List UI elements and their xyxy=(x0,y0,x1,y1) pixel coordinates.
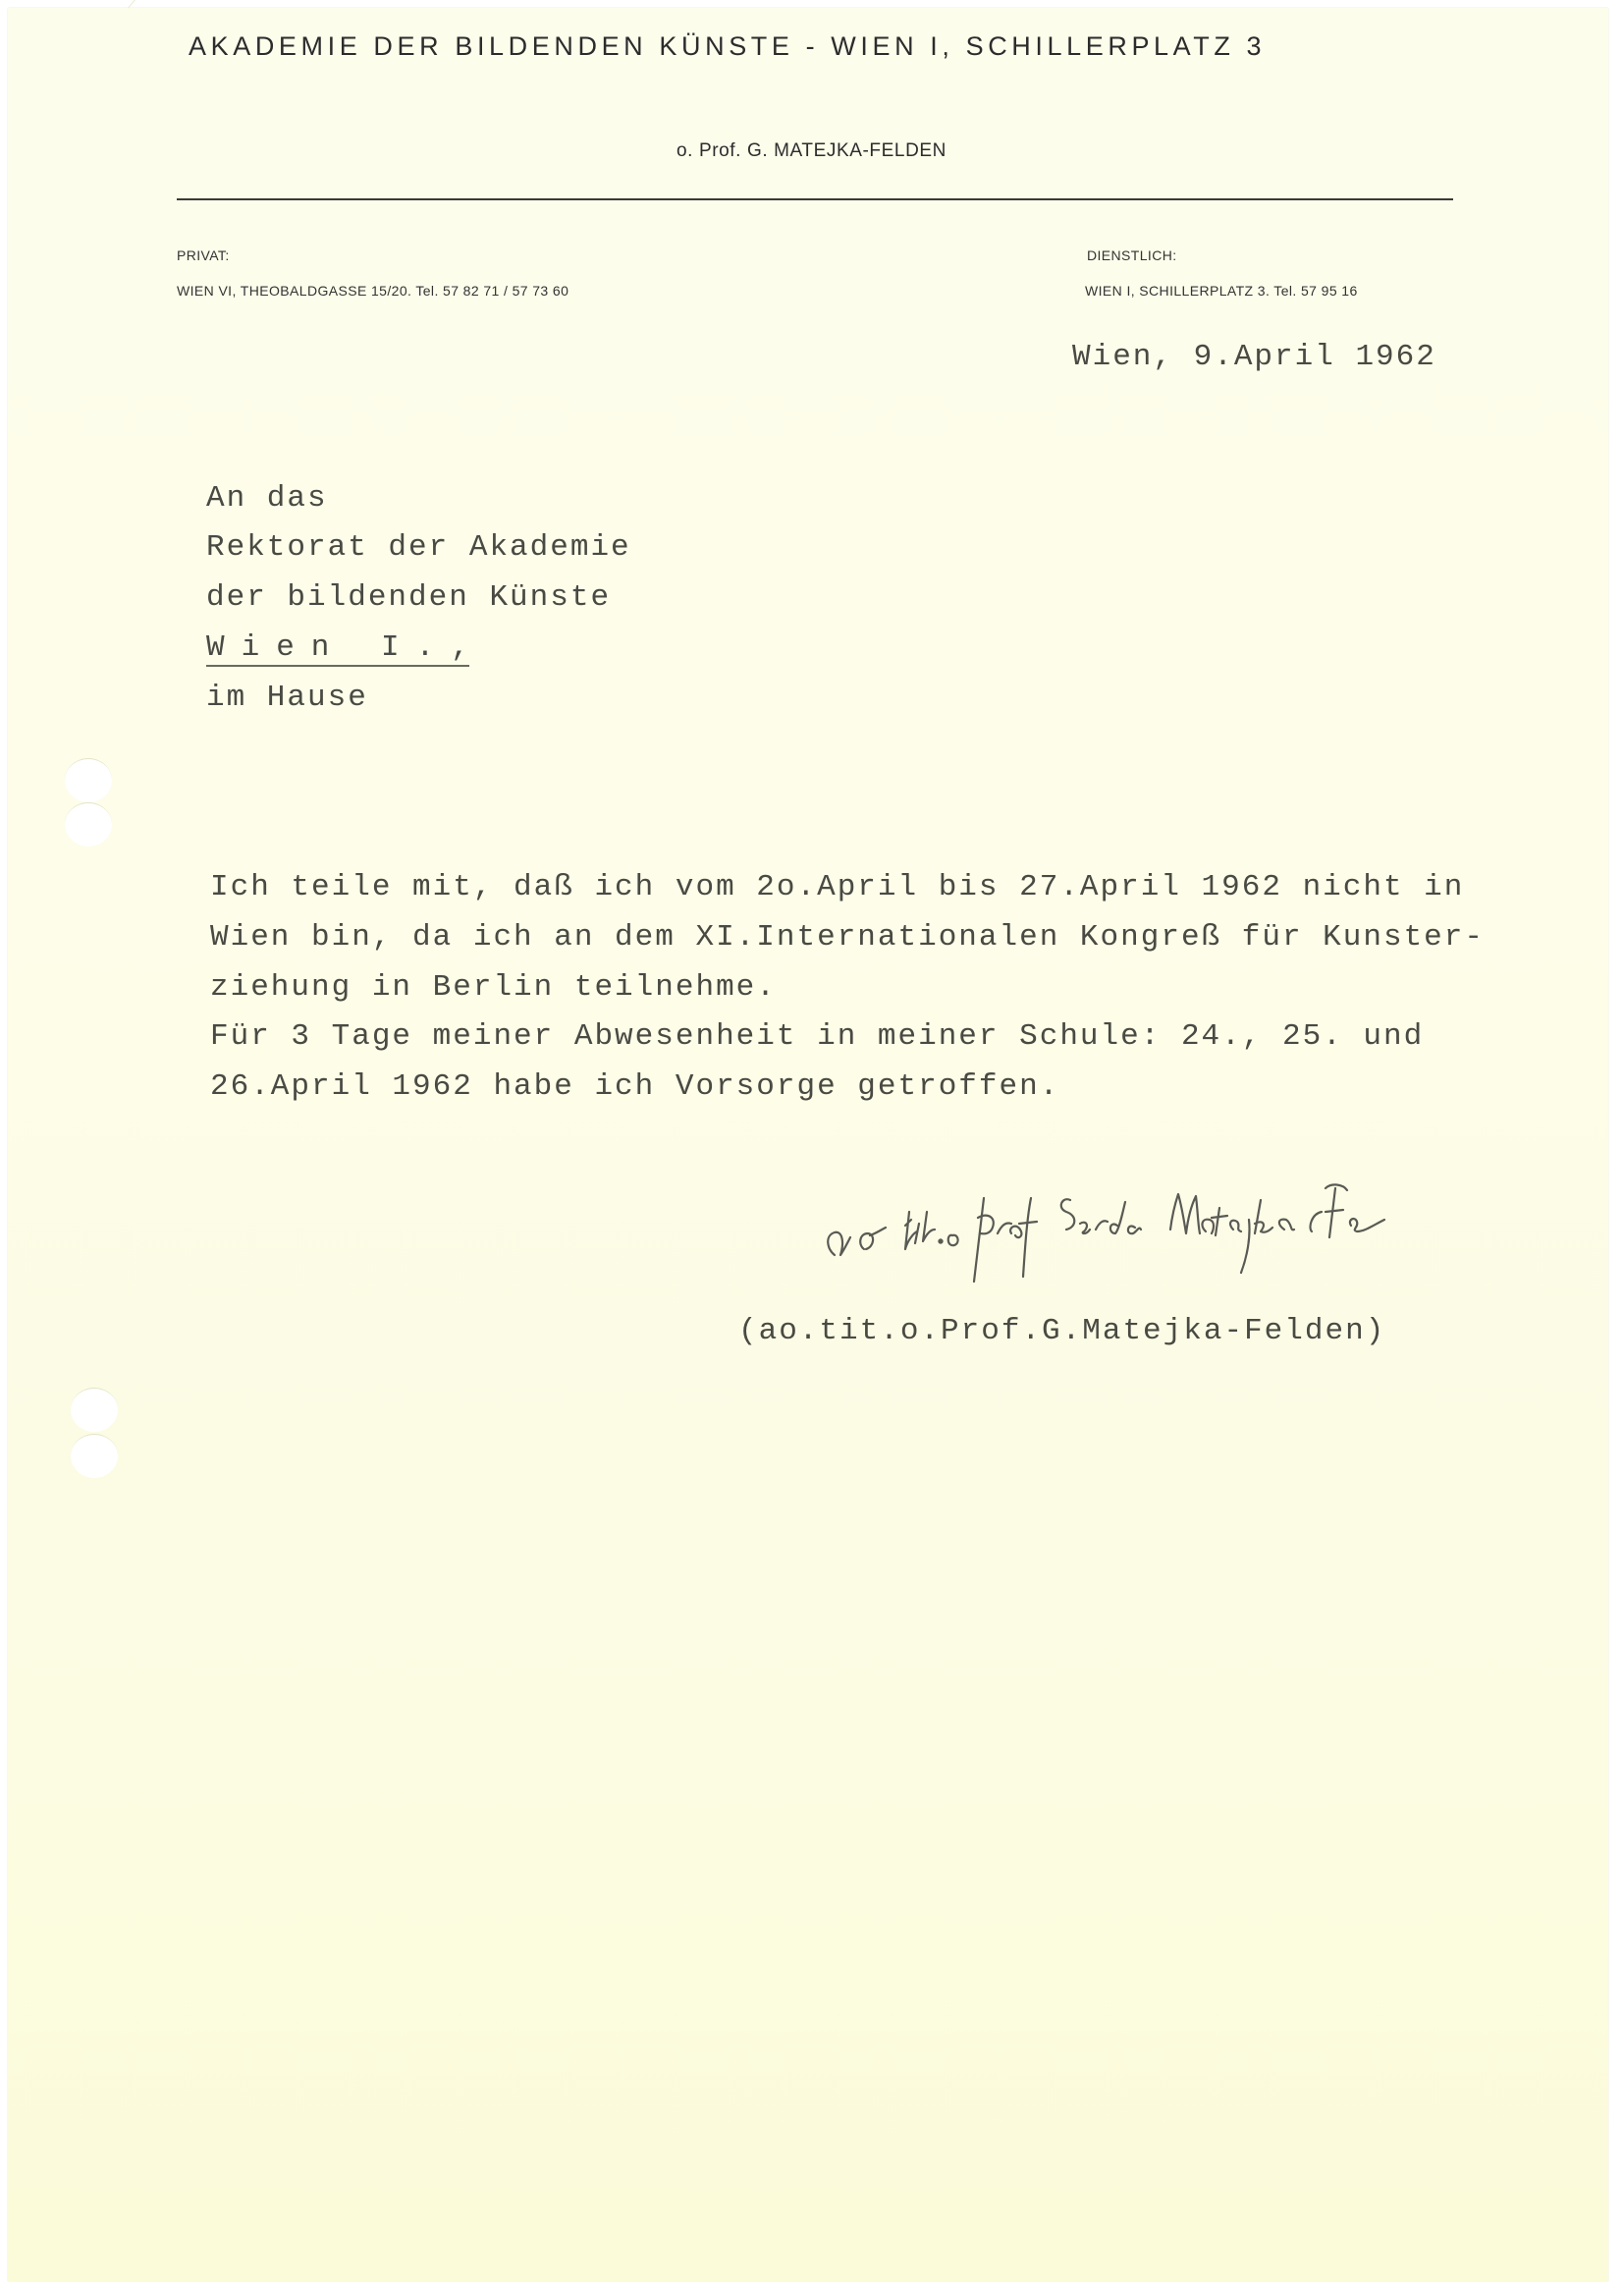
punch-hole xyxy=(65,758,112,802)
body-line: ziehung in Berlin teilnehme. xyxy=(210,970,777,1005)
official-address: WIEN I, SCHILLERPLATZ 3. Tel. 57 95 16 xyxy=(1085,283,1358,299)
recipient-line: Rektorat der Akademie xyxy=(206,530,631,565)
handwritten-signature xyxy=(805,1139,1492,1286)
letterhead-divider xyxy=(177,198,1453,200)
body-line: Wien bin, da ich an dem XI.International… xyxy=(210,920,1485,955)
private-label: PRIVAT: xyxy=(177,247,230,263)
letterhead-professor: o. Prof. G. MATEJKA-FELDEN xyxy=(0,140,1623,162)
letterhead-institution: AKADEMIE DER BILDENDEN KÜNSTE - WIEN I, … xyxy=(189,31,1266,62)
punch-hole xyxy=(71,1388,118,1432)
body-line: 26.April 1962 habe ich Vorsorge getroffe… xyxy=(210,1069,1059,1104)
official-label: DIENSTLICH: xyxy=(1087,247,1177,263)
punch-hole xyxy=(65,802,112,847)
punch-hole xyxy=(71,1434,118,1478)
recipient-line: An das xyxy=(206,481,328,516)
date-line: Wien, 9.April 1962 xyxy=(1072,340,1436,374)
recipient-line: der bildenden Künste xyxy=(206,580,611,615)
private-address: WIEN VI, THEOBALDGASSE 15/20. Tel. 57 82… xyxy=(177,283,568,299)
recipient-line: im Hause xyxy=(206,681,368,715)
recipient-city: Wien I., xyxy=(206,630,486,665)
body-line: Für 3 Tage meiner Abwesenheit in meiner … xyxy=(210,1019,1424,1054)
body-line: Ich teile mit, daß ich vom 2o.April bis … xyxy=(210,870,1464,904)
typed-signature-name: (ao.tit.o.Prof.G.Matejka-Felden) xyxy=(738,1314,1385,1348)
recipient-city-underline xyxy=(206,665,469,667)
